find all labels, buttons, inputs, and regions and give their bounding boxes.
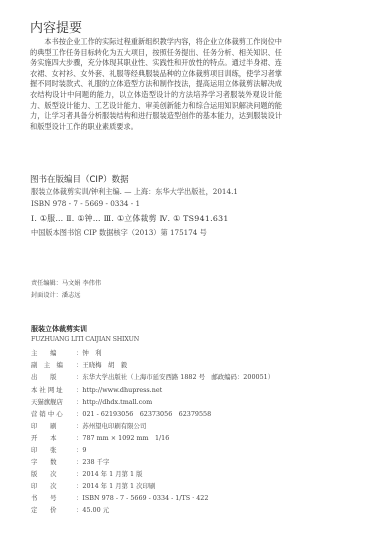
cip-heading: 图书在版编目（CIP）数据 [30,173,129,185]
row-value: ：2014 年 1 月第 1 版 [76,469,143,478]
row-value: ：王晓梅 胡 毅 [76,360,127,369]
row-value: ：http://dhdx.tmall.com [76,397,152,406]
summary-paragraph: 本书按企业工作的实际过程重新组织教学内容，将企业立体裁剪工作岗位中的典型工作任务… [30,37,282,132]
summary-title: 内容提要 [30,17,82,36]
row-value: ：http://www.dhupress.net [76,385,162,394]
row-label: 字 数 [31,457,76,466]
row-value: ：东华大学出版社（上海市延安西路 1882 号 邮政编码：200051） [76,372,274,381]
colophon-row-tmall-store: 天猫旗舰店：http://dhdx.tmall.com [31,397,152,406]
row-value: ：238 千字 [76,457,109,466]
colophon-row-printer: 印 刷：苏州望电印刷有限公司 [31,421,146,430]
cip-line-title: 服装立体裁剪实训/钟利主编. — 上海：东华大学出版社，2014.1 [31,187,238,197]
row-label: 天猫旗舰店 [31,397,76,406]
row-label: 定 价 [31,505,76,514]
row-label: 印 次 [31,481,76,490]
colophon-pinyin-title: FUZHUANG LITI CAIJIAN SHIXUN [31,336,139,343]
row-value: ：钟 利 [76,348,102,357]
cip-line-isbn: ISBN 978 - 7 - 5669 - 0334 - 1 [31,199,140,208]
row-value: ：2014 年 1 月第 1 次印刷 [76,481,155,490]
row-value: ：苏州望电印刷有限公司 [76,421,146,430]
row-label: 副 主 编 [31,360,76,369]
colophon-row-word-count: 字 数：238 千字 [31,457,109,466]
row-label: 开 本 [31,433,76,442]
colophon-row-website: 本 社 网 址：http://www.dhupress.net [31,385,162,394]
responsible-editor: 责任编辑：马文娟 李伟伟 [31,278,101,287]
summary-text: 本书按企业工作的实际过程重新组织教学内容，将企业立体裁剪工作岗位中的典型工作任务… [30,37,282,132]
row-label: 出 版 [31,372,76,381]
colophon-row-marketing: 营 销 中 心：021 - 62193056 62373056 62379558 [31,409,211,418]
row-value: ：45.00 元 [76,505,109,514]
row-label: 版 次 [31,469,76,478]
row-value: ：9 [76,445,86,454]
row-value: ：ISBN 978 - 7 - 5669 - 0334 - 1/TS · 422 [76,493,208,502]
row-label: 印 刷 [31,421,76,430]
cip-classification: Ⅰ. ①服… Ⅱ. ①钟… Ⅲ. ①立体裁剪 Ⅳ. ① TS941.631 [31,213,229,224]
colophon-row-publisher: 出 版：东华大学出版社（上海市延安西路 1882 号 邮政编码：200051） [31,372,274,381]
row-label: 主 编 [31,348,76,357]
colophon-row-sheets: 印 张：9 [31,445,86,454]
colophon-row-isbn: 书 号：ISBN 978 - 7 - 5669 - 0334 - 1/TS · … [31,493,208,502]
row-label: 印 张 [31,445,76,454]
colophon-book-title: 服装立体裁剪实训 [31,324,87,334]
row-value: ：787 mm × 1092 mm 1/16 [76,433,169,442]
colophon-row-edition: 版 次：2014 年 1 月第 1 版 [31,469,143,478]
row-label: 本 社 网 址 [31,385,76,394]
colophon-row-printing: 印 次：2014 年 1 月第 1 次印刷 [31,481,155,490]
colophon-row-format: 开 本：787 mm × 1092 mm 1/16 [31,433,169,442]
cover-designer: 封面设计：潘志远 [31,290,81,299]
colophon-row-deputy-editor: 副 主 编：王晓梅 胡 毅 [31,360,127,369]
row-label: 书 号 [31,493,76,502]
row-value: ：021 - 62193056 62373056 62379558 [76,409,211,418]
cip-record-number: 中国版本图书馆 CIP 数据核字（2013）第 175174 号 [31,228,207,238]
row-label: 营 销 中 心 [31,409,76,418]
colophon-row-price: 定 价：45.00 元 [31,505,109,514]
colophon-row-chief-editor: 主 编：钟 利 [31,348,102,357]
